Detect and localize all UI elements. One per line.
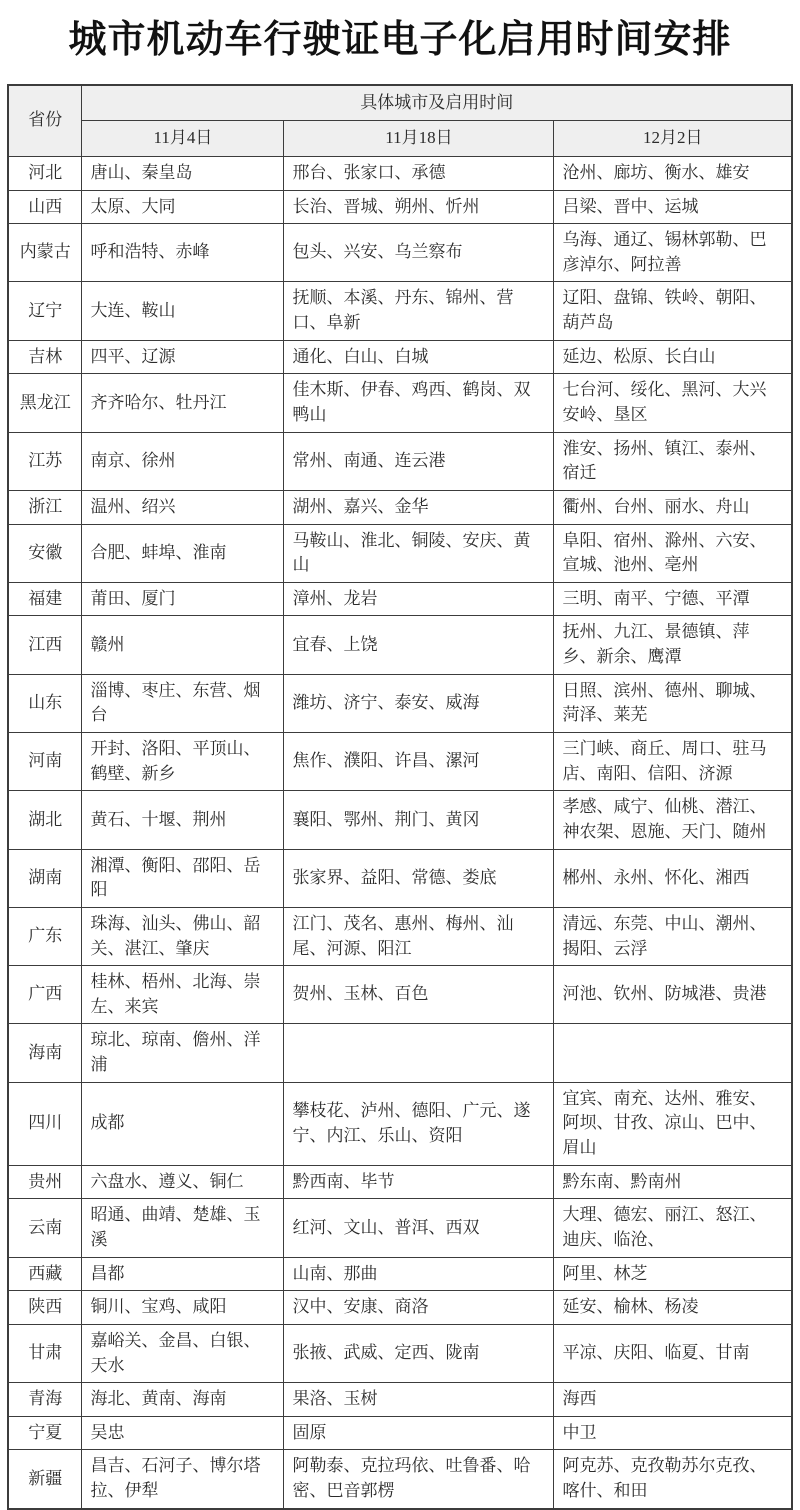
- cities-cell: 四平、辽源: [82, 340, 284, 374]
- table-header: 省份 具体城市及启用时间 11月4日 11月18日 12月2日: [8, 85, 792, 157]
- table-row: 海南琼北、琼南、儋州、洋浦: [8, 1024, 792, 1082]
- cities-cell: 衢州、台州、丽水、舟山: [554, 490, 792, 524]
- cities-cell: 大连、鞍山: [82, 282, 284, 340]
- cities-cell: 珠海、汕头、佛山、韶关、湛江、肇庆: [82, 907, 284, 965]
- table-body: 河北唐山、秦皇岛邢台、张家口、承德沧州、廊坊、衡水、雄安山西太原、大同长治、晋城…: [8, 156, 792, 1508]
- cities-cell: 黔西南、毕节: [284, 1165, 554, 1199]
- table-row: 浙江温州、绍兴湖州、嘉兴、金华衢州、台州、丽水、舟山: [8, 490, 792, 524]
- table-row: 辽宁大连、鞍山抚顺、本溪、丹东、锦州、营口、阜新辽阳、盘锦、铁岭、朝阳、葫芦岛: [8, 282, 792, 340]
- cities-cell: 沧州、廊坊、衡水、雄安: [554, 156, 792, 190]
- cities-cell: 贺州、玉林、百色: [284, 966, 554, 1024]
- cities-cell: 黔东南、黔南州: [554, 1165, 792, 1199]
- cities-cell: 山南、那曲: [284, 1257, 554, 1291]
- header-province: 省份: [8, 85, 82, 157]
- cities-cell: 呼和浩特、赤峰: [82, 224, 284, 282]
- province-cell: 广西: [8, 966, 82, 1024]
- cities-cell: 辽阳、盘锦、铁岭、朝阳、葫芦岛: [554, 282, 792, 340]
- province-cell: 四川: [8, 1082, 82, 1165]
- cities-cell: 铜川、宝鸡、咸阳: [82, 1291, 284, 1325]
- cities-cell: 赣州: [82, 616, 284, 674]
- province-cell: 湖北: [8, 791, 82, 849]
- table-row: 青海海北、黄南、海南果洛、玉树海西: [8, 1383, 792, 1417]
- cities-cell: 延安、榆林、杨凌: [554, 1291, 792, 1325]
- cities-cell: 红河、文山、普洱、西双: [284, 1199, 554, 1257]
- cities-cell: 吴忠: [82, 1416, 284, 1450]
- cities-cell: 昭通、曲靖、楚雄、玉溪: [82, 1199, 284, 1257]
- province-cell: 浙江: [8, 490, 82, 524]
- cities-cell: 齐齐哈尔、牡丹江: [82, 374, 284, 432]
- cities-cell: 河池、钦州、防城港、贵港: [554, 966, 792, 1024]
- province-cell: 河南: [8, 733, 82, 791]
- table-row: 四川成都攀枝花、泸州、德阳、广元、遂宁、内江、乐山、资阳宜宾、南充、达州、雅安、…: [8, 1082, 792, 1165]
- cities-cell: 抚顺、本溪、丹东、锦州、营口、阜新: [284, 282, 554, 340]
- table-row: 湖北黄石、十堰、荆州襄阳、鄂州、荆门、黄冈孝感、咸宁、仙桃、潜江、神农架、恩施、…: [8, 791, 792, 849]
- province-cell: 宁夏: [8, 1416, 82, 1450]
- province-cell: 山东: [8, 674, 82, 732]
- cities-cell: [284, 1024, 554, 1082]
- table-row: 贵州六盘水、遵义、铜仁黔西南、毕节黔东南、黔南州: [8, 1165, 792, 1199]
- header-row-group: 省份 具体城市及启用时间: [8, 85, 792, 121]
- cities-cell: 潍坊、济宁、泰安、威海: [284, 674, 554, 732]
- cities-cell: 邢台、张家口、承德: [284, 156, 554, 190]
- table-row: 吉林四平、辽源通化、白山、白城延边、松原、长白山: [8, 340, 792, 374]
- table-row: 内蒙古呼和浩特、赤峰包头、兴安、乌兰察布乌海、通辽、锡林郭勒、巴彦淖尔、阿拉善: [8, 224, 792, 282]
- cities-cell: 襄阳、鄂州、荆门、黄冈: [284, 791, 554, 849]
- document-page: 城市机动车行驶证电子化启用时间安排 省份 具体城市及启用时间 11月4日 11月…: [0, 0, 800, 1510]
- cities-cell: 琼北、琼南、儋州、洋浦: [82, 1024, 284, 1082]
- province-cell: 黑龙江: [8, 374, 82, 432]
- cities-cell: 淮安、扬州、镇江、泰州、宿迁: [554, 432, 792, 490]
- cities-cell: 阿勒泰、克拉玛依、吐鲁番、哈密、巴音郭楞: [284, 1450, 554, 1509]
- province-cell: 广东: [8, 907, 82, 965]
- cities-cell: 攀枝花、泸州、德阳、广元、遂宁、内江、乐山、资阳: [284, 1082, 554, 1165]
- cities-cell: 张家界、益阳、常德、娄底: [284, 849, 554, 907]
- province-cell: 湖南: [8, 849, 82, 907]
- table-row: 甘肃嘉峪关、金昌、白银、天水张掖、武威、定西、陇南平凉、庆阳、临夏、甘南: [8, 1324, 792, 1382]
- province-cell: 吉林: [8, 340, 82, 374]
- province-cell: 山西: [8, 190, 82, 224]
- province-cell: 青海: [8, 1383, 82, 1417]
- cities-cell: 阿克苏、克孜勒苏尔克孜、喀什、和田: [554, 1450, 792, 1509]
- table-row: 福建莆田、厦门漳州、龙岩三明、南平、宁德、平潭: [8, 582, 792, 616]
- table-row: 西藏昌都山南、那曲阿里、林芝: [8, 1257, 792, 1291]
- province-cell: 云南: [8, 1199, 82, 1257]
- cities-cell: 宜春、上饶: [284, 616, 554, 674]
- cities-cell: 湘潭、衡阳、邵阳、岳阳: [82, 849, 284, 907]
- table-row: 江西赣州宜春、上饶抚州、九江、景德镇、萍乡、新余、鹰潭: [8, 616, 792, 674]
- cities-cell: 抚州、九江、景德镇、萍乡、新余、鹰潭: [554, 616, 792, 674]
- table-row: 广东珠海、汕头、佛山、韶关、湛江、肇庆江门、茂名、惠州、梅州、汕尾、河源、阳江清…: [8, 907, 792, 965]
- table-row: 陕西铜川、宝鸡、咸阳汉中、安康、商洛延安、榆林、杨凌: [8, 1291, 792, 1325]
- cities-cell: 吕梁、晋中、运城: [554, 190, 792, 224]
- cities-cell: 开封、洛阳、平顶山、鹤壁、新乡: [82, 733, 284, 791]
- cities-cell: 唐山、秦皇岛: [82, 156, 284, 190]
- province-cell: 贵州: [8, 1165, 82, 1199]
- cities-cell: 马鞍山、淮北、铜陵、安庆、黄山: [284, 524, 554, 582]
- province-cell: 甘肃: [8, 1324, 82, 1382]
- table-row: 新疆昌吉、石河子、博尔塔拉、伊犁阿勒泰、克拉玛依、吐鲁番、哈密、巴音郭楞阿克苏、…: [8, 1450, 792, 1509]
- cities-cell: 桂林、梧州、北海、崇左、来宾: [82, 966, 284, 1024]
- table-row: 宁夏吴忠固原中卫: [8, 1416, 792, 1450]
- province-cell: 福建: [8, 582, 82, 616]
- cities-cell: 常州、南通、连云港: [284, 432, 554, 490]
- table-row: 湖南湘潭、衡阳、邵阳、岳阳张家界、益阳、常德、娄底郴州、永州、怀化、湘西: [8, 849, 792, 907]
- province-cell: 陕西: [8, 1291, 82, 1325]
- cities-cell: 宜宾、南充、达州、雅安、阿坝、甘孜、凉山、巴中、眉山: [554, 1082, 792, 1165]
- table-row: 山东淄博、枣庄、东营、烟台潍坊、济宁、泰安、威海日照、滨州、德州、聊城、菏泽、莱…: [8, 674, 792, 732]
- cities-cell: 合肥、蚌埠、淮南: [82, 524, 284, 582]
- cities-cell: 漳州、龙岩: [284, 582, 554, 616]
- cities-cell: 三明、南平、宁德、平潭: [554, 582, 792, 616]
- cities-cell: 淄博、枣庄、东营、烟台: [82, 674, 284, 732]
- cities-cell: 日照、滨州、德州、聊城、菏泽、莱芜: [554, 674, 792, 732]
- province-cell: 江西: [8, 616, 82, 674]
- cities-cell: 昌都: [82, 1257, 284, 1291]
- cities-cell: 阜阳、宿州、滁州、六安、宣城、池州、亳州: [554, 524, 792, 582]
- cities-cell: 温州、绍兴: [82, 490, 284, 524]
- cities-cell: 大理、德宏、丽江、怒江、迪庆、临沧、: [554, 1199, 792, 1257]
- table-row: 河北唐山、秦皇岛邢台、张家口、承德沧州、廊坊、衡水、雄安: [8, 156, 792, 190]
- cities-cell: 海北、黄南、海南: [82, 1383, 284, 1417]
- cities-cell: 佳木斯、伊春、鸡西、鹤岗、双鸭山: [284, 374, 554, 432]
- header-date-2: 11月18日: [284, 121, 554, 157]
- cities-cell: 太原、大同: [82, 190, 284, 224]
- header-row-dates: 11月4日 11月18日 12月2日: [8, 121, 792, 157]
- page-title: 城市机动车行驶证电子化启用时间安排: [0, 18, 800, 64]
- province-cell: 安徽: [8, 524, 82, 582]
- cities-cell: 果洛、玉树: [284, 1383, 554, 1417]
- header-date-3: 12月2日: [554, 121, 792, 157]
- cities-cell: 黄石、十堰、荆州: [82, 791, 284, 849]
- table-row: 山西太原、大同长治、晋城、朔州、忻州吕梁、晋中、运城: [8, 190, 792, 224]
- cities-cell: 七台河、绥化、黑河、大兴安岭、垦区: [554, 374, 792, 432]
- cities-cell: 孝感、咸宁、仙桃、潜江、神农架、恩施、天门、随州: [554, 791, 792, 849]
- cities-cell: 三门峡、商丘、周口、驻马店、南阳、信阳、济源: [554, 733, 792, 791]
- cities-cell: 张掖、武威、定西、陇南: [284, 1324, 554, 1382]
- cities-cell: 成都: [82, 1082, 284, 1165]
- cities-cell: 江门、茂名、惠州、梅州、汕尾、河源、阳江: [284, 907, 554, 965]
- table-row: 河南开封、洛阳、平顶山、鹤壁、新乡焦作、濮阳、许昌、漯河三门峡、商丘、周口、驻马…: [8, 733, 792, 791]
- table-row: 安徽合肥、蚌埠、淮南马鞍山、淮北、铜陵、安庆、黄山阜阳、宿州、滁州、六安、宣城、…: [8, 524, 792, 582]
- province-cell: 辽宁: [8, 282, 82, 340]
- cities-cell: 海西: [554, 1383, 792, 1417]
- cities-cell: 中卫: [554, 1416, 792, 1450]
- province-cell: 河北: [8, 156, 82, 190]
- province-cell: 海南: [8, 1024, 82, 1082]
- cities-cell: 汉中、安康、商洛: [284, 1291, 554, 1325]
- cities-cell: 固原: [284, 1416, 554, 1450]
- cities-cell: 莆田、厦门: [82, 582, 284, 616]
- cities-cell: 延边、松原、长白山: [554, 340, 792, 374]
- cities-cell: 通化、白山、白城: [284, 340, 554, 374]
- cities-cell: 昌吉、石河子、博尔塔拉、伊犁: [82, 1450, 284, 1509]
- cities-cell: 乌海、通辽、锡林郭勒、巴彦淖尔、阿拉善: [554, 224, 792, 282]
- cities-cell: 郴州、永州、怀化、湘西: [554, 849, 792, 907]
- cities-cell: 嘉峪关、金昌、白银、天水: [82, 1324, 284, 1382]
- province-cell: 新疆: [8, 1450, 82, 1509]
- header-date-1: 11月4日: [82, 121, 284, 157]
- table-row: 云南昭通、曲靖、楚雄、玉溪红河、文山、普洱、西双大理、德宏、丽江、怒江、迪庆、临…: [8, 1199, 792, 1257]
- cities-cell: 焦作、濮阳、许昌、漯河: [284, 733, 554, 791]
- rollout-schedule-table: 省份 具体城市及启用时间 11月4日 11月18日 12月2日 河北唐山、秦皇岛…: [7, 84, 793, 1510]
- province-cell: 江苏: [8, 432, 82, 490]
- cities-cell: 包头、兴安、乌兰察布: [284, 224, 554, 282]
- cities-cell: 阿里、林芝: [554, 1257, 792, 1291]
- header-group-title: 具体城市及启用时间: [82, 85, 792, 121]
- table-row: 黑龙江齐齐哈尔、牡丹江佳木斯、伊春、鸡西、鹤岗、双鸭山七台河、绥化、黑河、大兴安…: [8, 374, 792, 432]
- cities-cell: 六盘水、遵义、铜仁: [82, 1165, 284, 1199]
- cities-cell: 清远、东莞、中山、潮州、揭阳、云浮: [554, 907, 792, 965]
- cities-cell: 南京、徐州: [82, 432, 284, 490]
- cities-cell: 湖州、嘉兴、金华: [284, 490, 554, 524]
- table-row: 江苏南京、徐州常州、南通、连云港淮安、扬州、镇江、泰州、宿迁: [8, 432, 792, 490]
- province-cell: 内蒙古: [8, 224, 82, 282]
- cities-cell: [554, 1024, 792, 1082]
- cities-cell: 平凉、庆阳、临夏、甘南: [554, 1324, 792, 1382]
- province-cell: 西藏: [8, 1257, 82, 1291]
- cities-cell: 长治、晋城、朔州、忻州: [284, 190, 554, 224]
- table-row: 广西桂林、梧州、北海、崇左、来宾贺州、玉林、百色河池、钦州、防城港、贵港: [8, 966, 792, 1024]
